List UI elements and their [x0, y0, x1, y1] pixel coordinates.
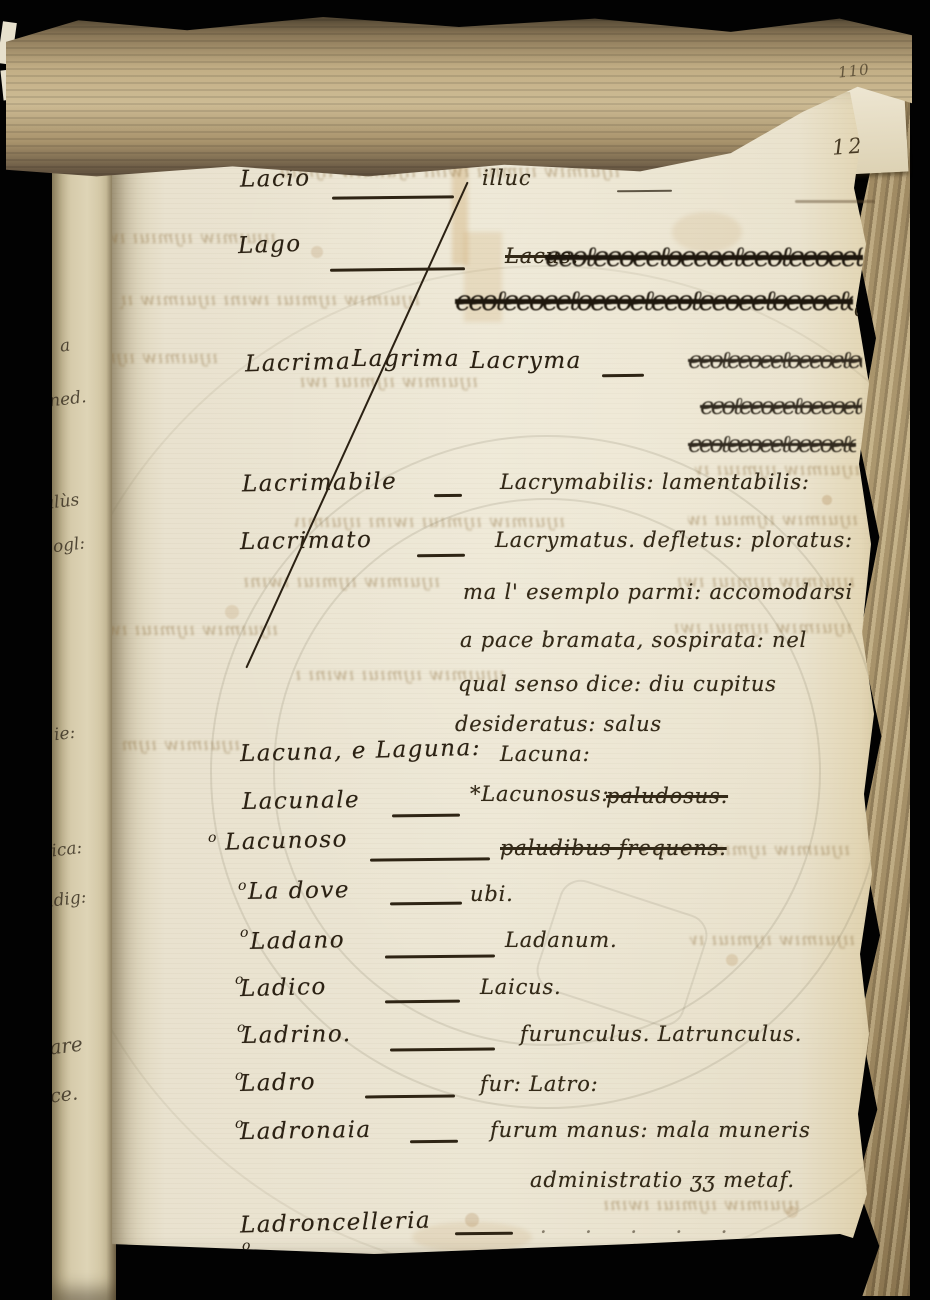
- margin-fragment: ridig:: [52, 887, 88, 913]
- entry-definition: Lacrymabilis: lamentabilis:: [500, 470, 810, 494]
- cancelled-text: eeoℓeeoeeℓoeeoeℓeeoℓeeoeeℓoeeoeℓeeeoℓeeo…: [545, 240, 863, 272]
- margin-fragment: lica:: [52, 838, 83, 862]
- margin-fragment: alùs: [52, 490, 80, 514]
- entry-dash: [417, 554, 465, 558]
- edge-number: 110: [837, 60, 870, 81]
- manuscript-page: ııȷuımıw ııȷmıuı ıwını ııȷuımıw ııȷmıuı …: [112, 92, 874, 1264]
- entry-term: Ladronaia: [240, 1117, 372, 1145]
- entry-definition-line: desideratus: salus: [455, 712, 662, 736]
- entry-definition: Ladanum.: [505, 928, 617, 952]
- bleedthrough-text: ııȷuımıw ııȷmıuı ıwını ııȷuımıw ııȷmıuı …: [240, 572, 440, 594]
- manuscript-photo: a : ned. alùs dogl: ie: lica: ridig: far…: [0, 0, 930, 1300]
- entry-dash: [455, 1232, 513, 1236]
- entry-definition-line: administratio ʒʒ metaf.: [530, 1168, 795, 1192]
- bleedthrough-text: ııȷuımıw ııȷmıuı ıwını ııȷuımıw ııȷmıuı …: [112, 348, 218, 370]
- entry-definition: ubi.: [470, 882, 514, 906]
- margin-fragment: a: [59, 335, 72, 356]
- entry-term: Ladico: [240, 974, 327, 1002]
- margin-fragment: : ned.: [52, 387, 87, 413]
- entry-term: Ladroncelleria: [240, 1208, 432, 1239]
- entry-definition: *Lacunosus:: [470, 782, 609, 806]
- bleedthrough-text: ııȷuımıw ııȷmıuı ıwını ııȷuımıw ııȷmıuı …: [690, 930, 855, 952]
- bleedthrough-text: ııȷuımıw ııȷmıuı ıwını ııȷuımıw ııȷmıuı …: [120, 735, 240, 757]
- entry-term: Lacrima: [245, 349, 352, 378]
- entry-definition-line: ma l' esemplo parmi: accomodarsi: [463, 580, 853, 604]
- flourish-mark: o: [208, 830, 216, 846]
- entry-term-variant: Lagrima: [352, 346, 460, 372]
- bleedthrough-text: ııȷuımıw ııȷmıuı ıwını ııȷuımıw ııȷmıuı …: [112, 620, 278, 642]
- entry-definition: furunculus. Latrunculus.: [520, 1022, 802, 1046]
- page-crease: [795, 200, 875, 203]
- entry-definition-struck: paludibus frequens.: [500, 836, 727, 860]
- cancelled-text: eeoℓeeoeeℓoeeoeℓeeoℓeeoeeℓoeeoeℓeeeoℓeeo…: [700, 392, 862, 424]
- entry-definition-line: a pace bramata, sospirata: nel: [460, 628, 807, 652]
- entry-dash: [410, 1140, 458, 1144]
- entry-definition-struck: paludosus.: [606, 784, 728, 808]
- flourish-mark: o: [242, 1238, 250, 1254]
- cancelled-text: eeoℓeeoeeℓoeeoeℓeeoℓeeoeeℓoeeoeℓeeeoℓeeo…: [455, 284, 853, 316]
- entry-definition: fur: Latro:: [480, 1072, 599, 1096]
- margin-fragment: fare: [52, 1032, 84, 1061]
- cancelled-text: eeoℓeeoeeℓoeeoeℓeeoℓeeoeeℓoeeoeℓeeeoℓeeo…: [688, 346, 862, 378]
- entry-term: Lago: [238, 231, 302, 259]
- facing-page-edge: a : ned. alùs dogl: ie: lica: ridig: far…: [52, 84, 116, 1300]
- entry-definition: Lacrymatus. defletus: ploratus:: [495, 528, 853, 552]
- bleedthrough-text: ııȷuımıw ııȷmıuı ıwını ııȷuımıw ııȷmıuı …: [600, 1195, 800, 1217]
- entry-term: Ladro: [240, 1069, 317, 1097]
- entry-definition: illuc: [482, 166, 531, 190]
- entry-term: Lacunoso: [225, 826, 349, 855]
- ink-tail: 6: [854, 300, 866, 321]
- margin-fragment: ce.: [52, 1082, 79, 1107]
- entry-term: Lacrimabile: [242, 469, 398, 498]
- entry-term: Ladano: [250, 927, 346, 955]
- entry-term-variant: Lacryma: [470, 348, 582, 374]
- trailing-dots: · · · · ·: [540, 1220, 741, 1244]
- flourish-mark: o: [240, 925, 248, 941]
- flourish-mark: o: [238, 878, 246, 894]
- entry-dash: [434, 494, 462, 497]
- entry-term: Lacunale: [242, 787, 361, 815]
- entry-term: Ladrino.: [242, 1021, 352, 1049]
- cancelled-text: eeoℓeeoeeℓoeeoeℓeeoℓeeoeeℓoeeoeℓeeeoℓeeo…: [688, 430, 856, 462]
- bleedthrough-text: ııȷuımıw ııȷmıuı ıwını ııȷuımıw ııȷmıuı …: [250, 1255, 570, 1264]
- margin-fragment: dogl:: [52, 533, 86, 558]
- entry-dash: [602, 374, 644, 377]
- entry-term: La dove: [248, 877, 350, 905]
- entry-definition: furum manus: mala muneris: [490, 1118, 811, 1142]
- entry-definition: Laicus.: [480, 975, 562, 999]
- bleedthrough-text: ııȷuımıw ııȷmıuı ıwını ııȷuımıw ııȷmıuı …: [120, 290, 420, 312]
- margin-fragment: ie:: [53, 723, 77, 745]
- entry-definition-line: qual senso dice: diu cupitus: [458, 672, 777, 696]
- entry-definition: Lacuna:: [500, 742, 590, 766]
